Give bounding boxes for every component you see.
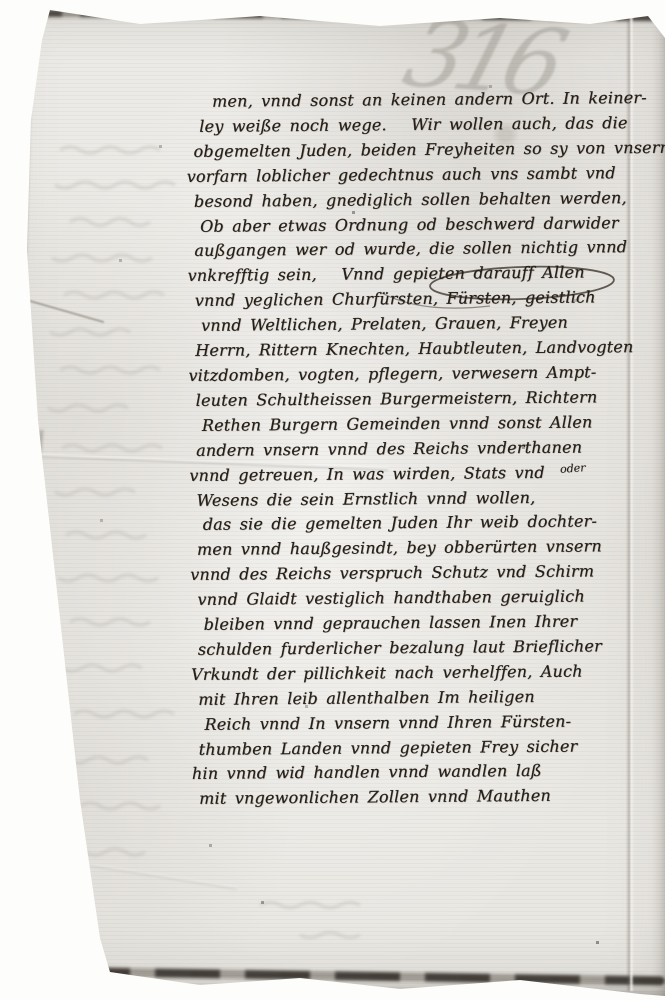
manuscript-line: bleiben vnnd geprauchen lassen Inen Ihre… bbox=[204, 609, 651, 638]
manuscript-line: besond haben, gnediglich sollen behalten… bbox=[194, 186, 647, 215]
manuscript-line: Vrkundt der pillichkeit nach verhelffen,… bbox=[191, 659, 651, 688]
manuscript-line: andern vnsern vnnd des Reichs vnderthane… bbox=[196, 435, 649, 464]
manuscript-line: Ob aber etwas Ordnung od beschwerd darwi… bbox=[200, 211, 647, 240]
manuscript-line: Reich vnnd In vnsern vnnd Ihren Fürsten- bbox=[204, 709, 651, 738]
paper-deckle-edge-top bbox=[40, 10, 655, 21]
manuscript-line: men, vnnd sonst an keinen andern Ort. In… bbox=[212, 86, 646, 115]
manuscript-line: Rethen Burgern Gemeinden vnnd sonst Alle… bbox=[202, 410, 649, 439]
manuscript-line: vnnd Weltlichen, Prelaten, Grauen, Freye… bbox=[201, 310, 648, 339]
manuscript-line: obgemelten Juden, beiden Freyheiten so s… bbox=[193, 136, 646, 165]
interlinear-insertion: oder bbox=[560, 461, 586, 476]
paper-edge-left-lower bbox=[0, 430, 43, 988]
manuscript-line: schulden furderlicher bezalung laut Brie… bbox=[198, 634, 651, 663]
manuscript-line: vorfarn loblicher gedechtnus auch vns sa… bbox=[187, 161, 647, 190]
manuscript-line: vnnd Glaidt vestiglich handthaben geruig… bbox=[197, 584, 650, 613]
manuscript-line: vitzdomben, vogten, pflegern, verwesern … bbox=[188, 360, 648, 389]
foxing-speckles bbox=[0, 0, 1, 1]
manuscript-paper: 316 men, vnnd sonst an keinen andern Ort… bbox=[0, 0, 665, 1000]
manuscript-line: ley weiße noch wege. Wir wollen auch, da… bbox=[199, 111, 646, 140]
manuscript-line: leuten Schultheissen Burgermeistern, Ric… bbox=[196, 385, 649, 414]
scanned-page: 316 men, vnnd sonst an keinen andern Ort… bbox=[0, 0, 665, 1000]
manuscript-line: vnnd yeglichen Churfürsten, Fürsten, gei… bbox=[195, 285, 648, 314]
manuscript-line: mit vngewonlichen Zollen vnnd Mauthen bbox=[199, 783, 652, 812]
manuscript-text-block: men, vnnd sonst an keinen andern Ort. In… bbox=[186, 86, 652, 812]
